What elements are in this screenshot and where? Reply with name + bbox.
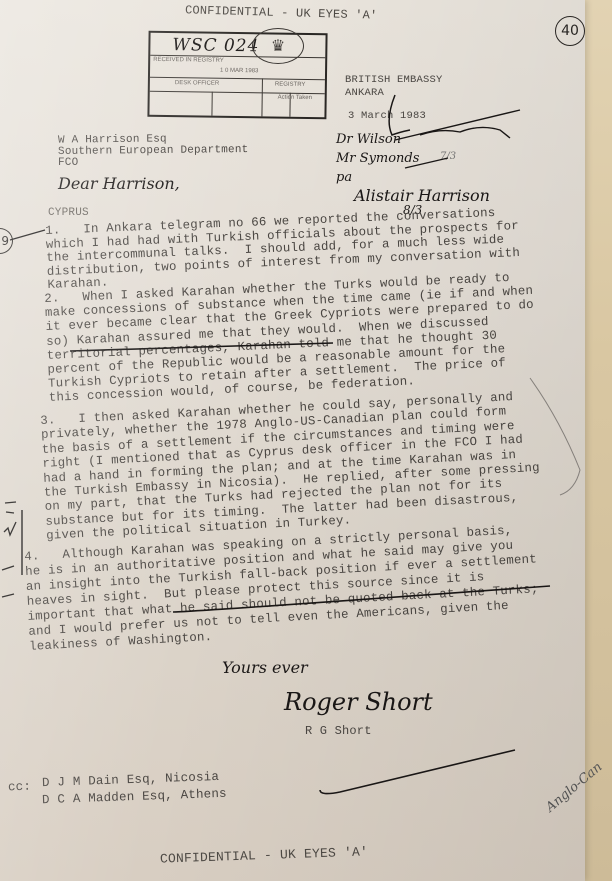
handwritten-initials-date: 7/3: [440, 151, 456, 162]
stamp-handwritten-ref: WSC 024: [172, 35, 259, 56]
stamp-action-taken: Action Taken: [278, 95, 312, 101]
recipient-department: Southern European Department: [58, 144, 249, 158]
letter-date: 3 March 1983: [348, 110, 426, 122]
salutation: Dear Harrison,: [58, 174, 180, 193]
paragraph-marker-circle: 9: [0, 228, 13, 254]
closing: Yours ever: [222, 658, 308, 677]
stamp-received-label: RECEIVED IN REGISTRY: [153, 57, 224, 64]
folio-number: 40: [555, 16, 585, 46]
letter-page: CONFIDENTIAL - UK EYES 'A' 40 RECEIVED I…: [0, 0, 585, 881]
sender-city: ANKARA: [345, 87, 384, 99]
stamp-registry: REGISTRY: [275, 82, 306, 88]
classification-footer: CONFIDENTIAL - UK EYES 'A': [160, 844, 368, 866]
handwritten-minute-1: Dr Wilson: [336, 132, 401, 147]
royal-crest-icon: ♛: [252, 28, 304, 64]
signature: Roger Short: [284, 688, 433, 716]
stamp-date: 1 0 MAR 1983: [220, 68, 258, 75]
stamp-desk-officer: DESK OFFICER: [175, 80, 219, 87]
classification-header: CONFIDENTIAL - UK EYES 'A': [185, 3, 378, 22]
cc-label: cc:: [8, 780, 32, 795]
sender-embassy: BRITISH EMBASSY: [345, 74, 443, 86]
handwritten-minute-3: pa: [336, 170, 352, 185]
subject-heading: CYPRUS: [48, 207, 89, 219]
recipient-org: FCO: [58, 157, 78, 169]
handwritten-minute-2: Mr Symonds: [336, 151, 419, 166]
cc-recipient-2: D C A Madden Esq, Athens: [42, 787, 227, 807]
signatory-name: R G Short: [305, 724, 372, 738]
